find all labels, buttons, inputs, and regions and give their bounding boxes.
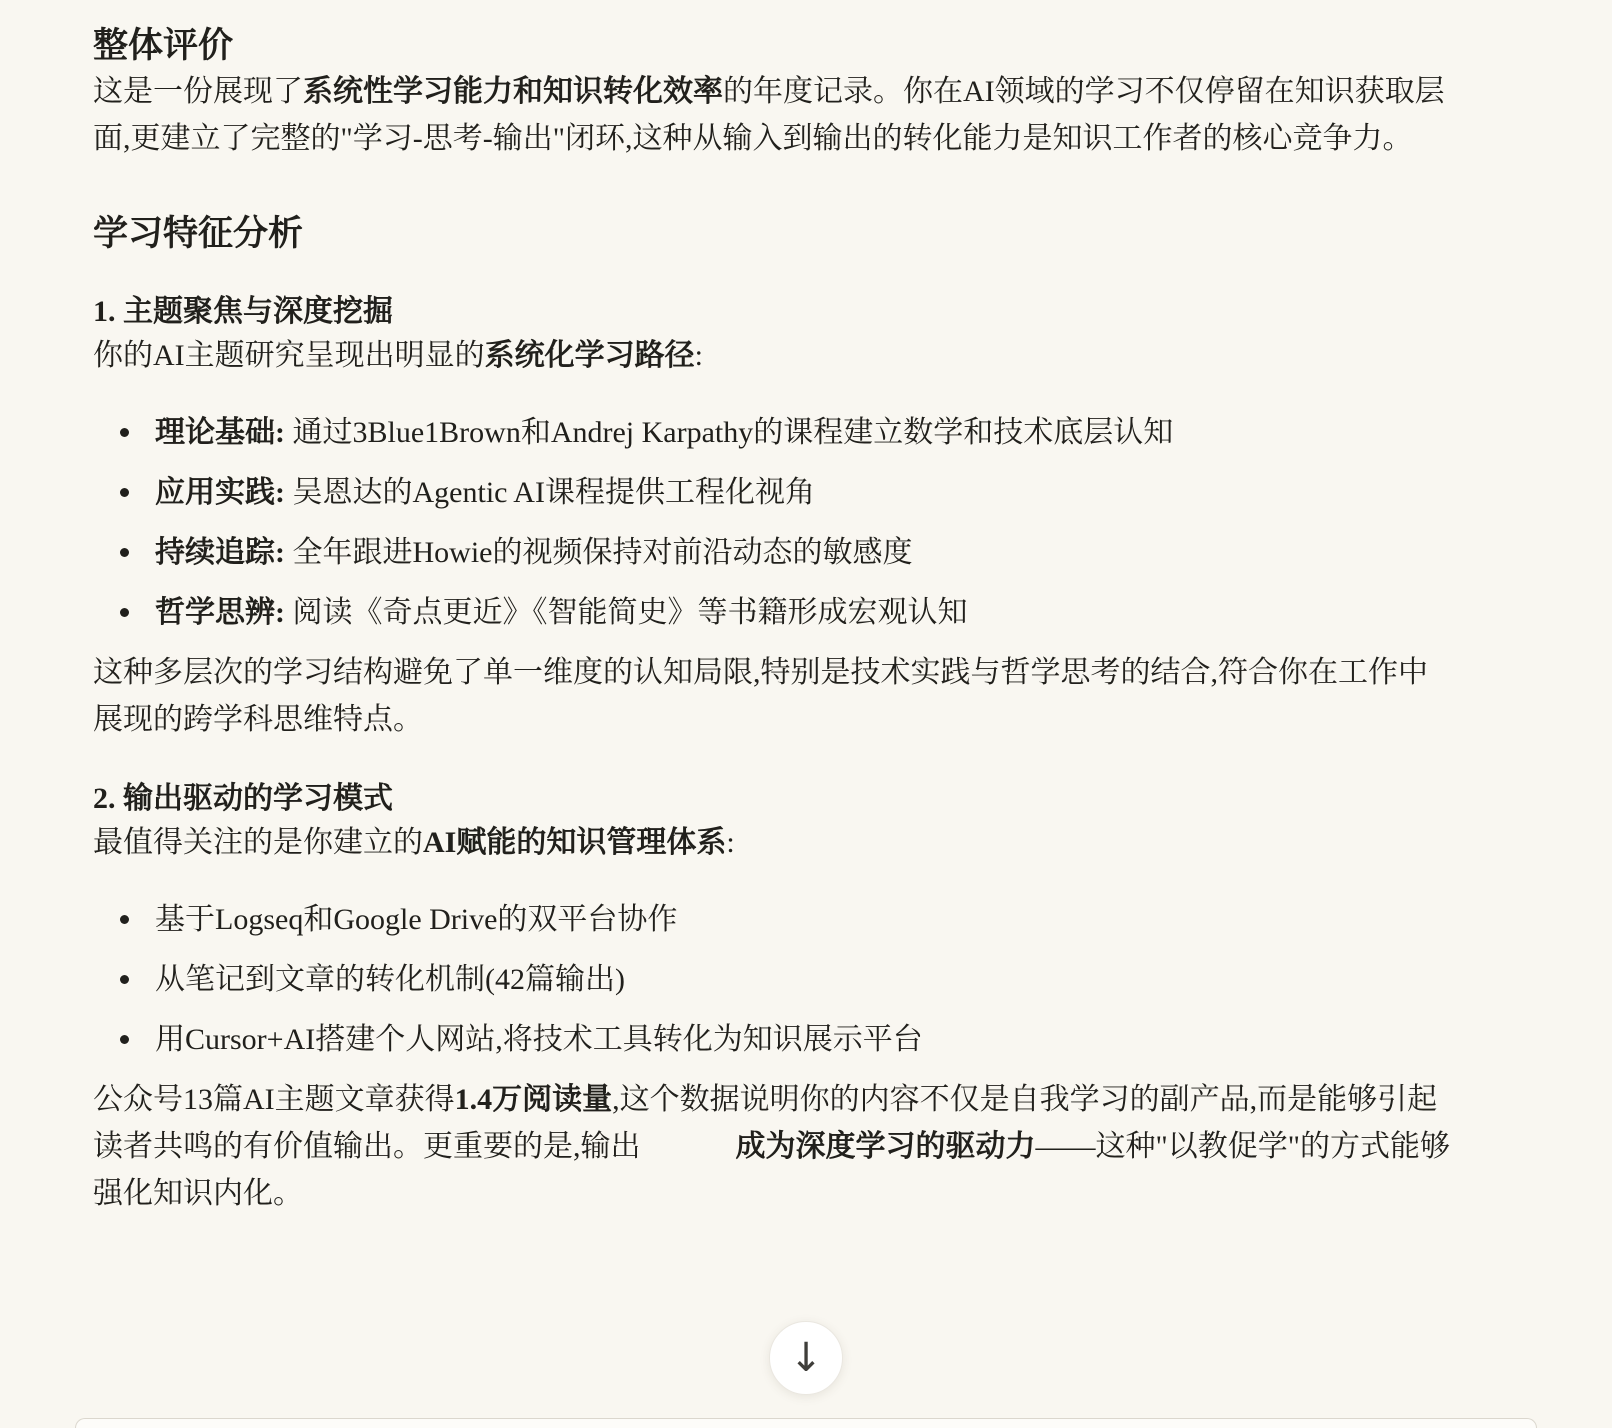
list-item-text: 基于Logseq和Google Drive的双平台协作 xyxy=(155,903,677,936)
paragraph-overall: 这是一份展现了系统性学习能力和知识转化效率的年度记录。你在AI领域的学习不仅停留… xyxy=(93,68,1452,162)
list-item-label: 理论基础: xyxy=(155,416,285,449)
bullet-list-knowledge-system: 基于Logseq和Google Drive的双平台协作 从笔记到文章的转化机制(… xyxy=(93,896,1452,1063)
down-arrow-icon: ↓ xyxy=(789,1338,823,1378)
list-item-label: 哲学思辨: xyxy=(155,596,285,629)
list-item-text: 通过3Blue1Brown和Andrej Karpathy的课程建立数学和技术底… xyxy=(285,416,1173,449)
text-run: 公众号13篇AI主题文章获得 xyxy=(93,1083,455,1116)
list-item-text: 从笔记到文章的转化机制(42篇输出) xyxy=(155,963,625,996)
text-run: 你的AI主题研究呈现出明显的 xyxy=(93,339,485,372)
list-item-theory: 理论基础: 通过3Blue1Brown和Andrej Karpathy的课程建立… xyxy=(93,409,1452,456)
list-item-practice: 应用实践: 吴恩达的Agentic AI课程提供工程化视角 xyxy=(93,469,1452,516)
section-heading-overall: 整体评价 xyxy=(93,24,1452,68)
document-content: 整体评价 这是一份展现了系统性学习能力和知识转化效率的年度记录。你在AI领域的学… xyxy=(0,0,1612,1217)
list-item-label: 应用实践: xyxy=(155,476,285,509)
list-item-cursor-website: 用Cursor+AI搭建个人网站,将技术工具转化为知识展示平台 xyxy=(93,1016,1452,1063)
text-run-bold: 成为深度学习的驱动力 xyxy=(736,1130,1036,1163)
paragraph-knowledge-system-intro: 最值得关注的是你建立的AI赋能的知识管理体系: xyxy=(93,819,1452,866)
chat-input-box[interactable] xyxy=(75,1418,1537,1428)
text-run: : xyxy=(695,339,703,372)
scroll-to-bottom-button[interactable]: ↓ xyxy=(769,1321,843,1395)
list-item-philosophy: 哲学思辨: 阅读《奇点更近》《智能简史》等书籍形成宏观认知 xyxy=(93,589,1452,636)
list-item-text: 阅读《奇点更近》《智能简史》等书籍形成宏观认知 xyxy=(285,596,968,629)
list-item-text: 全年跟进Howie的视频保持对前沿动态的敏感度 xyxy=(285,536,912,569)
subsection-heading-topic-focus: 1. 主题聚焦与深度挖掘 xyxy=(93,292,1452,332)
text-run: 最值得关注的是你建立的 xyxy=(93,826,423,859)
list-item-text: 用Cursor+AI搭建个人网站,将技术工具转化为知识展示平台 xyxy=(155,1023,923,1056)
obscured-text-gap xyxy=(641,1155,736,1156)
paragraph-output-results: 公众号13篇AI主题文章获得1.4万阅读量,这个数据说明你的内容不仅是自我学习的… xyxy=(93,1076,1452,1217)
text-run-bold: 1.4万阅读量 xyxy=(455,1083,613,1116)
text-run-bold: AI赋能的知识管理体系 xyxy=(423,826,726,859)
bullet-list-learning-path: 理论基础: 通过3Blue1Brown和Andrej Karpathy的课程建立… xyxy=(93,409,1452,636)
text-run-bold: 系统性学习能力和知识转化效率 xyxy=(303,75,723,108)
list-item-platforms: 基于Logseq和Google Drive的双平台协作 xyxy=(93,896,1452,943)
paragraph-learning-path-intro: 你的AI主题研究呈现出明显的系统化学习路径: xyxy=(93,332,1452,379)
text-run: : xyxy=(726,826,734,859)
list-item-tracking: 持续追踪: 全年跟进Howie的视频保持对前沿动态的敏感度 xyxy=(93,529,1452,576)
list-item-text: 吴恩达的Agentic AI课程提供工程化视角 xyxy=(285,476,815,509)
section-heading-features: 学习特征分析 xyxy=(93,212,1452,256)
subsection-heading-output-driven: 2. 输出驱动的学习模式 xyxy=(93,779,1452,819)
paragraph-structure: 这种多层次的学习结构避免了单一维度的认知局限,特别是技术实践与哲学思考的结合,符… xyxy=(93,649,1452,743)
list-item-notes-to-articles: 从笔记到文章的转化机制(42篇输出) xyxy=(93,956,1452,1003)
list-item-label: 持续追踪: xyxy=(155,536,285,569)
text-run: 这是一份展现了 xyxy=(93,75,303,108)
text-run-bold: 系统化学习路径 xyxy=(485,339,695,372)
